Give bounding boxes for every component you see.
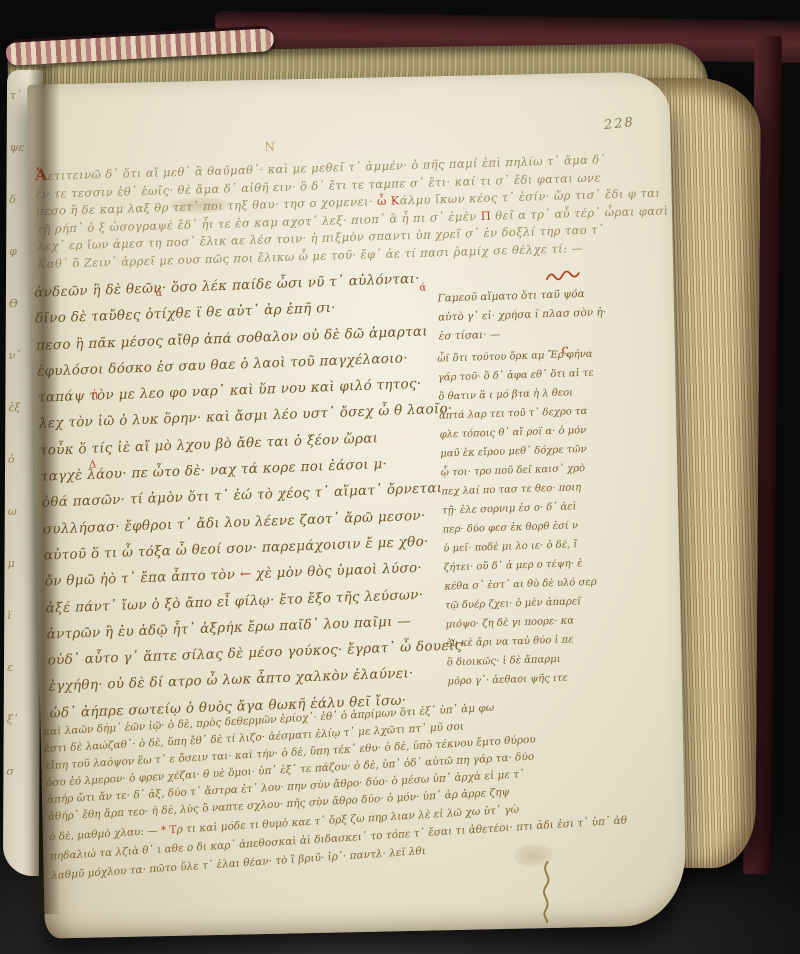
scholia-ref-letter: ά <box>419 283 426 294</box>
gutter-shadow <box>30 66 60 914</box>
ink-flourish-icon <box>535 860 558 928</box>
scholia-ref-letter: ἡ <box>92 389 98 400</box>
text-column-right: ὦϊ ὅτι τούτου ὅρκ αμ Ἔρ φήναγάρ τοῦ· ὃ δ… <box>437 342 700 692</box>
manuscript-photo: τ᾽ψεδφΘν᾽ἐξὀωμϊεξ᾽σ 228 Ν Ἀετιτεινῶ δ᾽ ὅ… <box>0 0 800 954</box>
folio-number: 228 <box>603 115 635 133</box>
scholia-ref-letter: ἁ <box>155 288 162 299</box>
recto-page: 228 Ν Ἀετιτεινῶ δ᾽ ὅτι αἵ μεθ᾽ ἃ θαῦμαθ᾽… <box>27 71 687 938</box>
text-block-top: Ἀετιτεινῶ δ᾽ ὅτι αἵ μεθ᾽ ἃ θαῦμαθ᾽· καὶ … <box>35 147 674 273</box>
right-heading-lines: Γαμεοῦ αἵματο ὅτι ταῦ ψόααὐτὸ γ᾽ εἰ· χρή… <box>437 282 691 347</box>
text-column-left: ἀνδεῶν ἢ δὲ θεῶν· ὅσο λέκ παίδε ὦσι νῦ τ… <box>34 265 446 726</box>
quire-margin-mark: Ν <box>264 140 275 154</box>
scholia-ref-letter: Δ <box>89 459 96 470</box>
